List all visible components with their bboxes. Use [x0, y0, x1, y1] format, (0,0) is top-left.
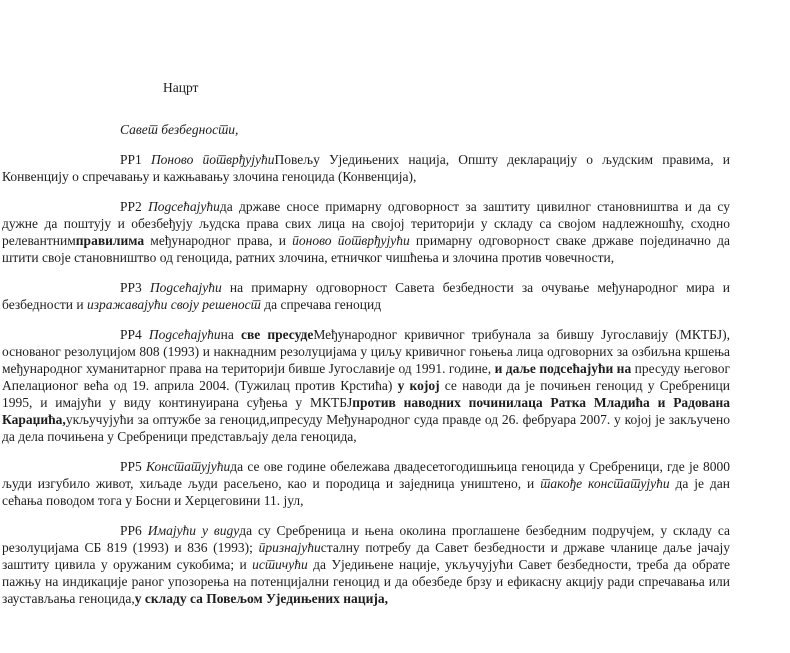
paragraph-pp5: PP5 Констатујућида се ове године обележа… — [2, 458, 730, 509]
text-segment: Подсећајући — [148, 199, 220, 214]
text-segment: Савет безбедности, — [120, 122, 238, 137]
text-segment: да спречава геноцид — [261, 297, 381, 312]
text-segment: такође констатујући — [540, 476, 669, 491]
text-segment: истичући — [252, 557, 308, 572]
document-title: Нацрт — [2, 79, 730, 96]
document-page: Нацрт Савет безбедности,PP1 Поново потвр… — [2, 0, 730, 607]
text-segment: PP4 — [120, 327, 149, 342]
paragraph-pp1: PP1 Поново потврђујућиПовељу Уједињених … — [2, 151, 730, 185]
text-segment: укључујући за оптужбе за геноцид,ипресуд… — [2, 412, 730, 444]
document-body: Савет безбедности,PP1 Поново потврђујући… — [2, 121, 730, 607]
text-segment: Повељу Уједињених нација, Општу декларац… — [2, 152, 730, 184]
document-viewport: { "document": { "title": "Нацрт", "parag… — [0, 0, 790, 653]
text-segment: правилима — [76, 233, 144, 248]
text-segment: PP5 — [120, 459, 146, 474]
paragraph-pp4: PP4 Подсећајућина све пресудеМеђународно… — [2, 326, 730, 445]
text-segment: Подсећајући — [150, 280, 222, 295]
paragraph-salutation: Савет безбедности, — [2, 121, 730, 138]
text-segment: PP3 — [120, 280, 150, 295]
paragraph-pp3: PP3 Подсећајући на примарну одговорност … — [2, 279, 730, 313]
text-segment: на — [221, 327, 241, 342]
text-segment: признајући — [259, 540, 321, 555]
text-segment: у складу са Повељом Уједињених нација, — [135, 591, 388, 606]
text-segment: Имајући у виду — [148, 523, 240, 538]
text-segment: PP2 — [120, 199, 148, 214]
text-segment: у којој — [398, 378, 440, 393]
text-segment: и даље подсећајући на — [495, 361, 632, 376]
text-segment: изражавајући своју решеност — [87, 297, 261, 312]
text-segment: PP6 — [120, 523, 148, 538]
text-segment: PP1 — [120, 152, 151, 167]
paragraph-pp6: PP6 Имајући у видуда су Сребреница и њен… — [2, 522, 730, 607]
text-segment: поново потврђујући — [292, 233, 410, 248]
text-segment: све пресуде — [241, 327, 313, 342]
text-segment: Подсећајући — [149, 327, 221, 342]
paragraph-pp2: PP2 Подсећајућида државе сносе примарну … — [2, 198, 730, 266]
text-segment: Констатујући — [146, 459, 230, 474]
text-segment: међународног права, и — [144, 233, 292, 248]
text-segment: Поново потврђујући — [151, 152, 275, 167]
